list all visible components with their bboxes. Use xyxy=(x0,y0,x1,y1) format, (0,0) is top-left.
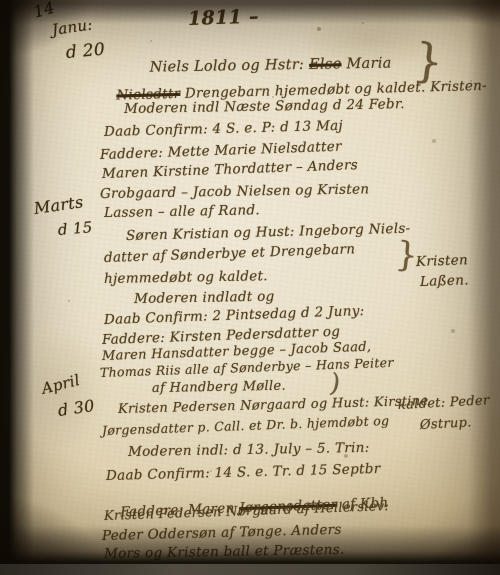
margin-note-line: Kristen xyxy=(416,252,469,270)
year-heading: 1811 – xyxy=(188,6,260,30)
record-line: hjemmedøbt og kaldet. xyxy=(104,268,268,287)
record-line: Moderen indladt og xyxy=(134,289,275,307)
scanned-register-page: 14 1811 – Janu: d 20 Niels Loldo og Hstr… xyxy=(0,0,500,575)
margin-note-line: Laßen. xyxy=(420,272,469,290)
margin-note-line: Østrup. xyxy=(420,415,472,433)
scanner-bed-strip xyxy=(0,564,500,575)
margin-day: d 20 xyxy=(65,40,106,63)
record-line: Lassen – alle af Rand. xyxy=(104,202,260,221)
margin-day: d 15 xyxy=(57,218,93,239)
record-line: af Handberg Mølle. xyxy=(152,379,286,396)
ink-specks xyxy=(0,0,2,2)
